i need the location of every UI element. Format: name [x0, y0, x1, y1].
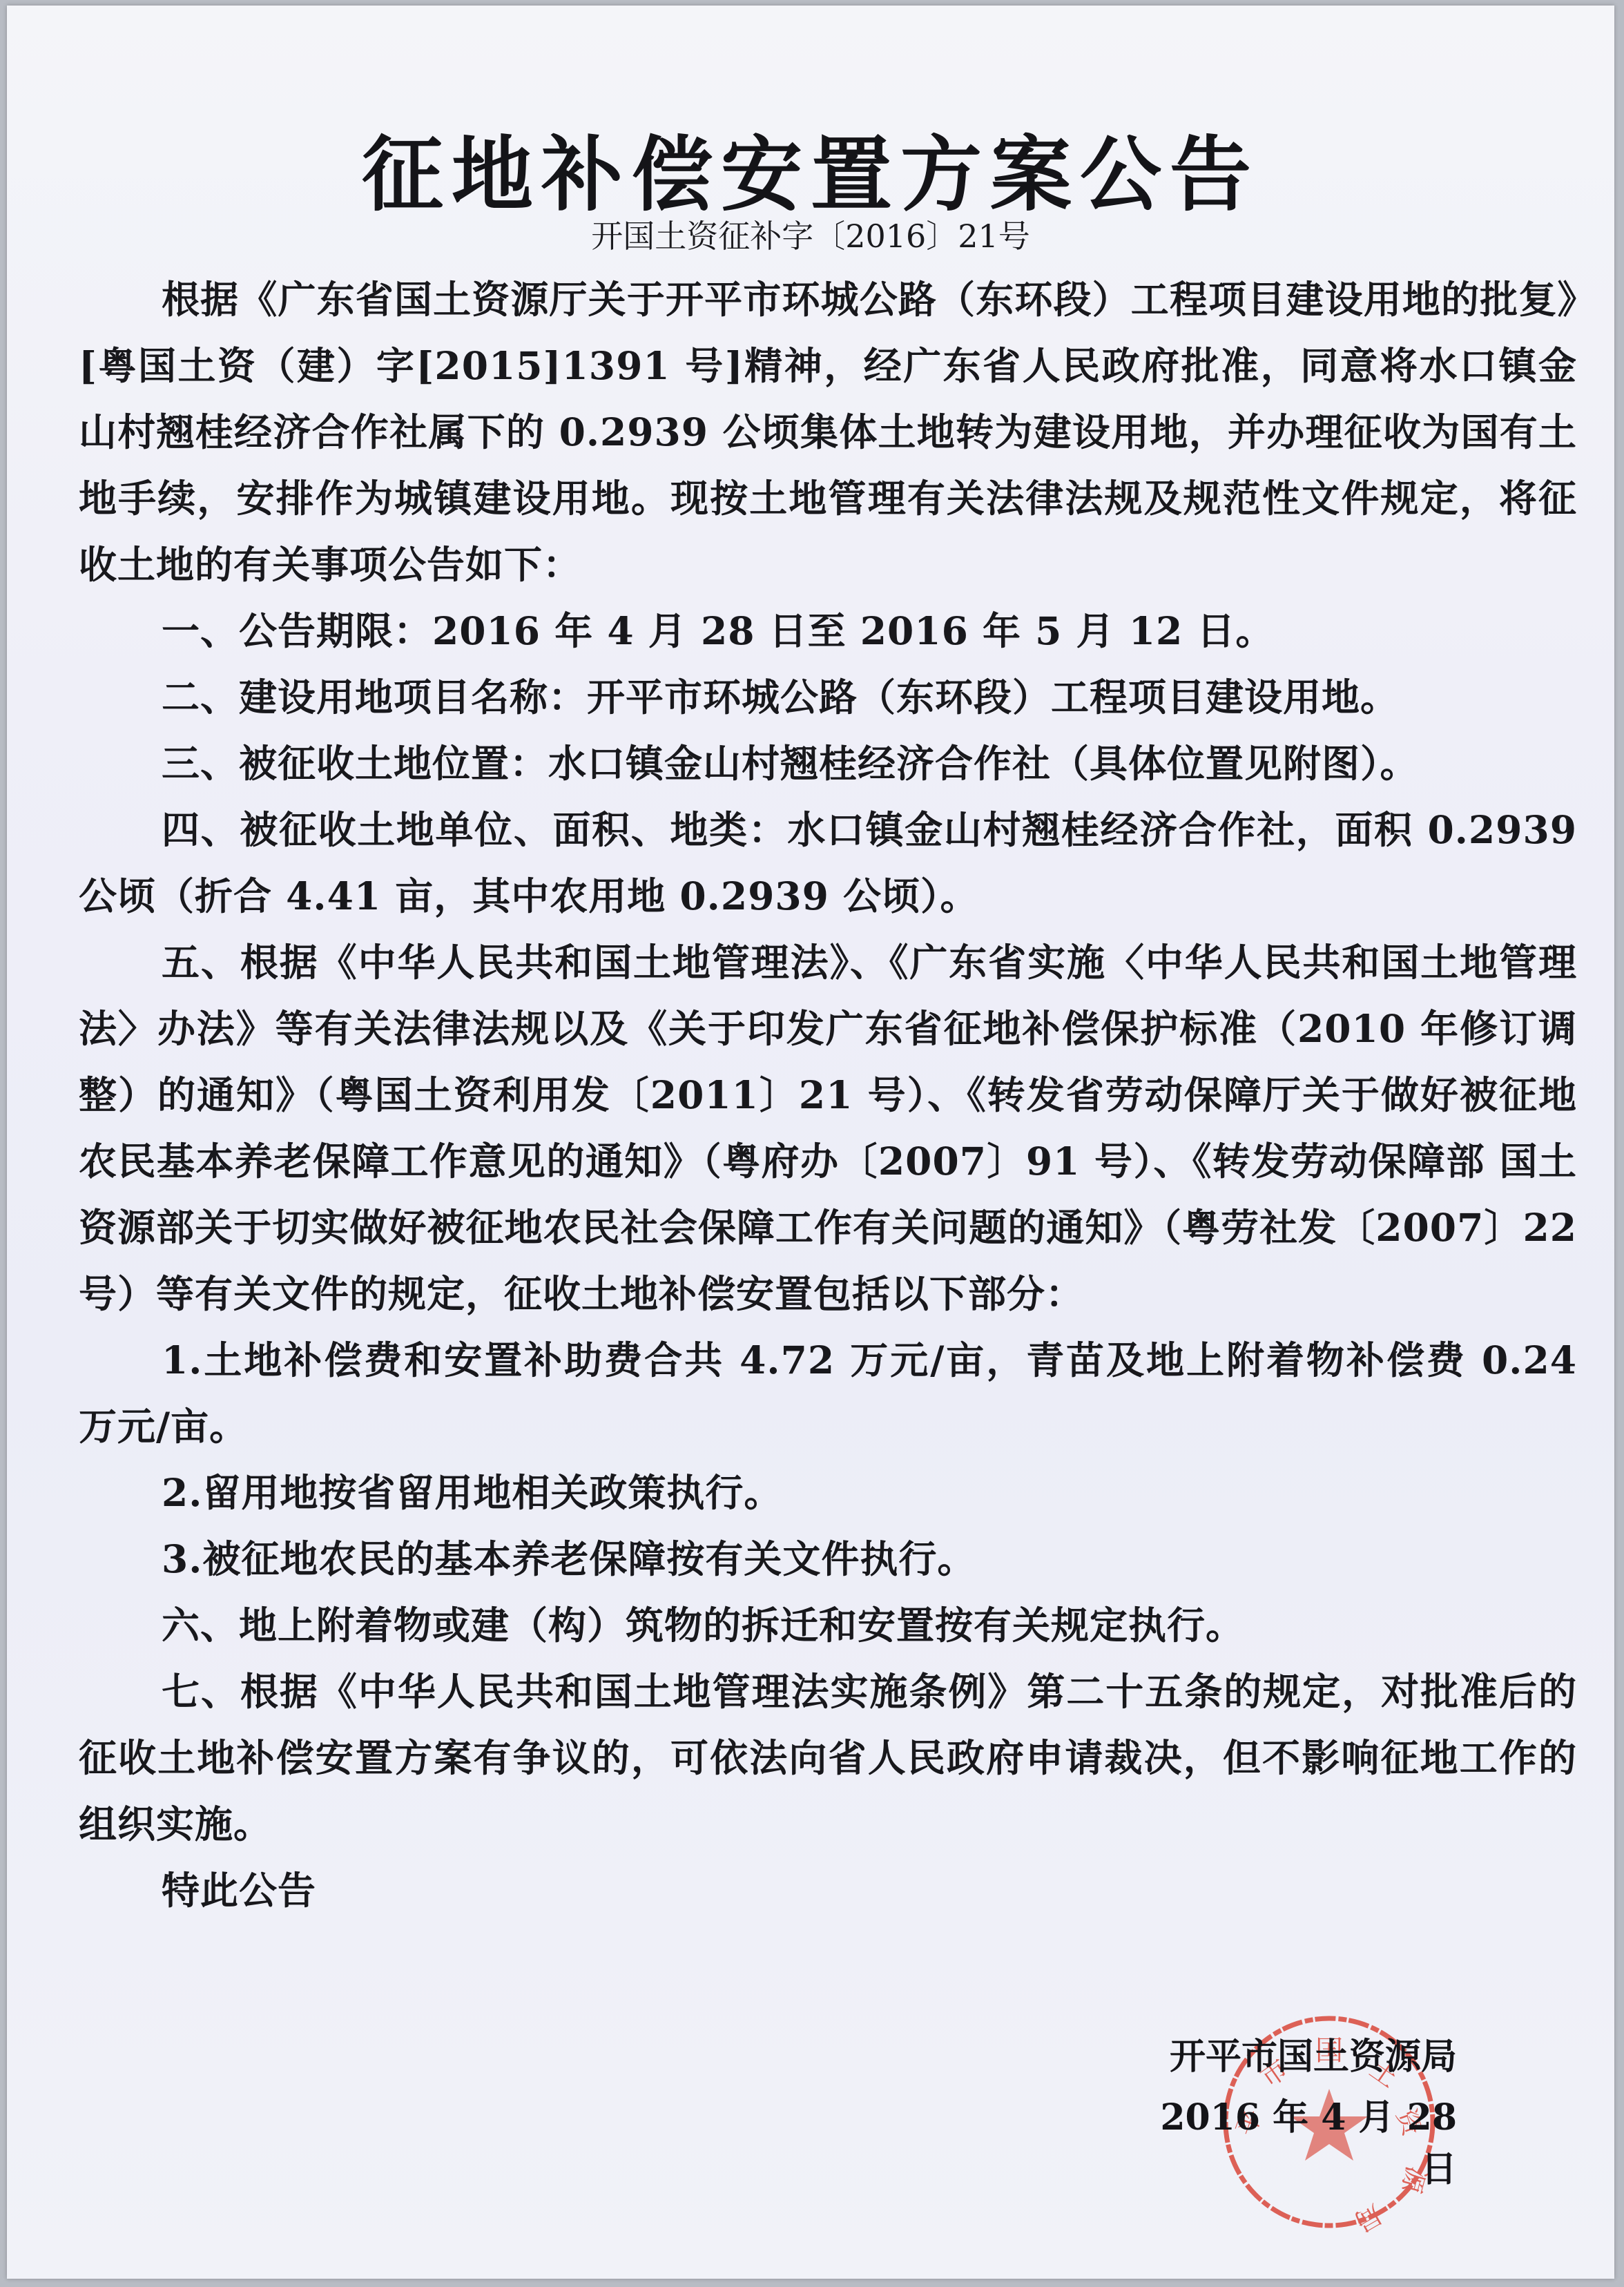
paragraph-item-5-legal-basis: 五、根据《中华人民共和国土地管理法》、《广东省实施〈中华人民共和国土地管理法〉办… [79, 929, 1577, 1327]
paragraph-intro: 根据《广东省国土资源厅关于开平市环城公路（东环段）工程项目建设用地的批复》[粤国… [79, 267, 1577, 598]
paragraph-sub-1-fees: 1.土地补偿费和安置补助费合共 4.72 万元/亩，青苗及地上附着物补偿费 0.… [79, 1327, 1577, 1460]
paragraph-item-2-project-name: 二、建设用地项目名称：开平市环城公路（东环段）工程项目建设用地。 [79, 664, 1577, 731]
signature-date: 2016 年 4 月 28 日 [1125, 2088, 1457, 2192]
document-body: 根据《广东省国土资源厅关于开平市环城公路（东环段）工程项目建设用地的批复》[粤国… [79, 267, 1577, 1924]
paragraph-item-1-period: 一、公告期限：2016 年 4 月 28 日至 2016 年 5 月 12 日。 [79, 598, 1577, 664]
paragraph-sub-3-pension: 3.被征地农民的基本养老保障按有关文件执行。 [79, 1526, 1577, 1592]
signature-organization: 开平市国土资源局 [1125, 2027, 1457, 2079]
paragraph-sub-2-reserved-land: 2.留用地按省留用地相关政策执行。 [79, 1460, 1577, 1526]
paragraph-item-4-area: 四、被征收土地单位、面积、地类：水口镇金山村翘桂经济合作社，面积 0.2939 … [79, 797, 1577, 929]
document-number: 开国土资征补字〔2016〕21号 [7, 211, 1614, 257]
paragraph-item-7-dispute: 七、根据《中华人民共和国土地管理法实施条例》第二十五条的规定，对批准后的征收土地… [79, 1659, 1577, 1857]
paragraph-closing: 特此公告 [79, 1857, 1577, 1924]
paragraph-item-3-location: 三、被征收土地位置：水口镇金山村翘桂经济合作社（具体位置见附图）。 [79, 731, 1577, 797]
svg-text:局: 局 [1349, 2199, 1387, 2232]
document-page: 征地补偿安置方案公告 开国土资征补字〔2016〕21号 根据《广东省国土资源厅关… [7, 6, 1614, 2279]
paragraph-item-6-demolition: 六、地上附着物或建（构）筑物的拆迁和安置按有关规定执行。 [79, 1592, 1577, 1659]
document-title: 征地补偿安置方案公告 [7, 109, 1614, 226]
